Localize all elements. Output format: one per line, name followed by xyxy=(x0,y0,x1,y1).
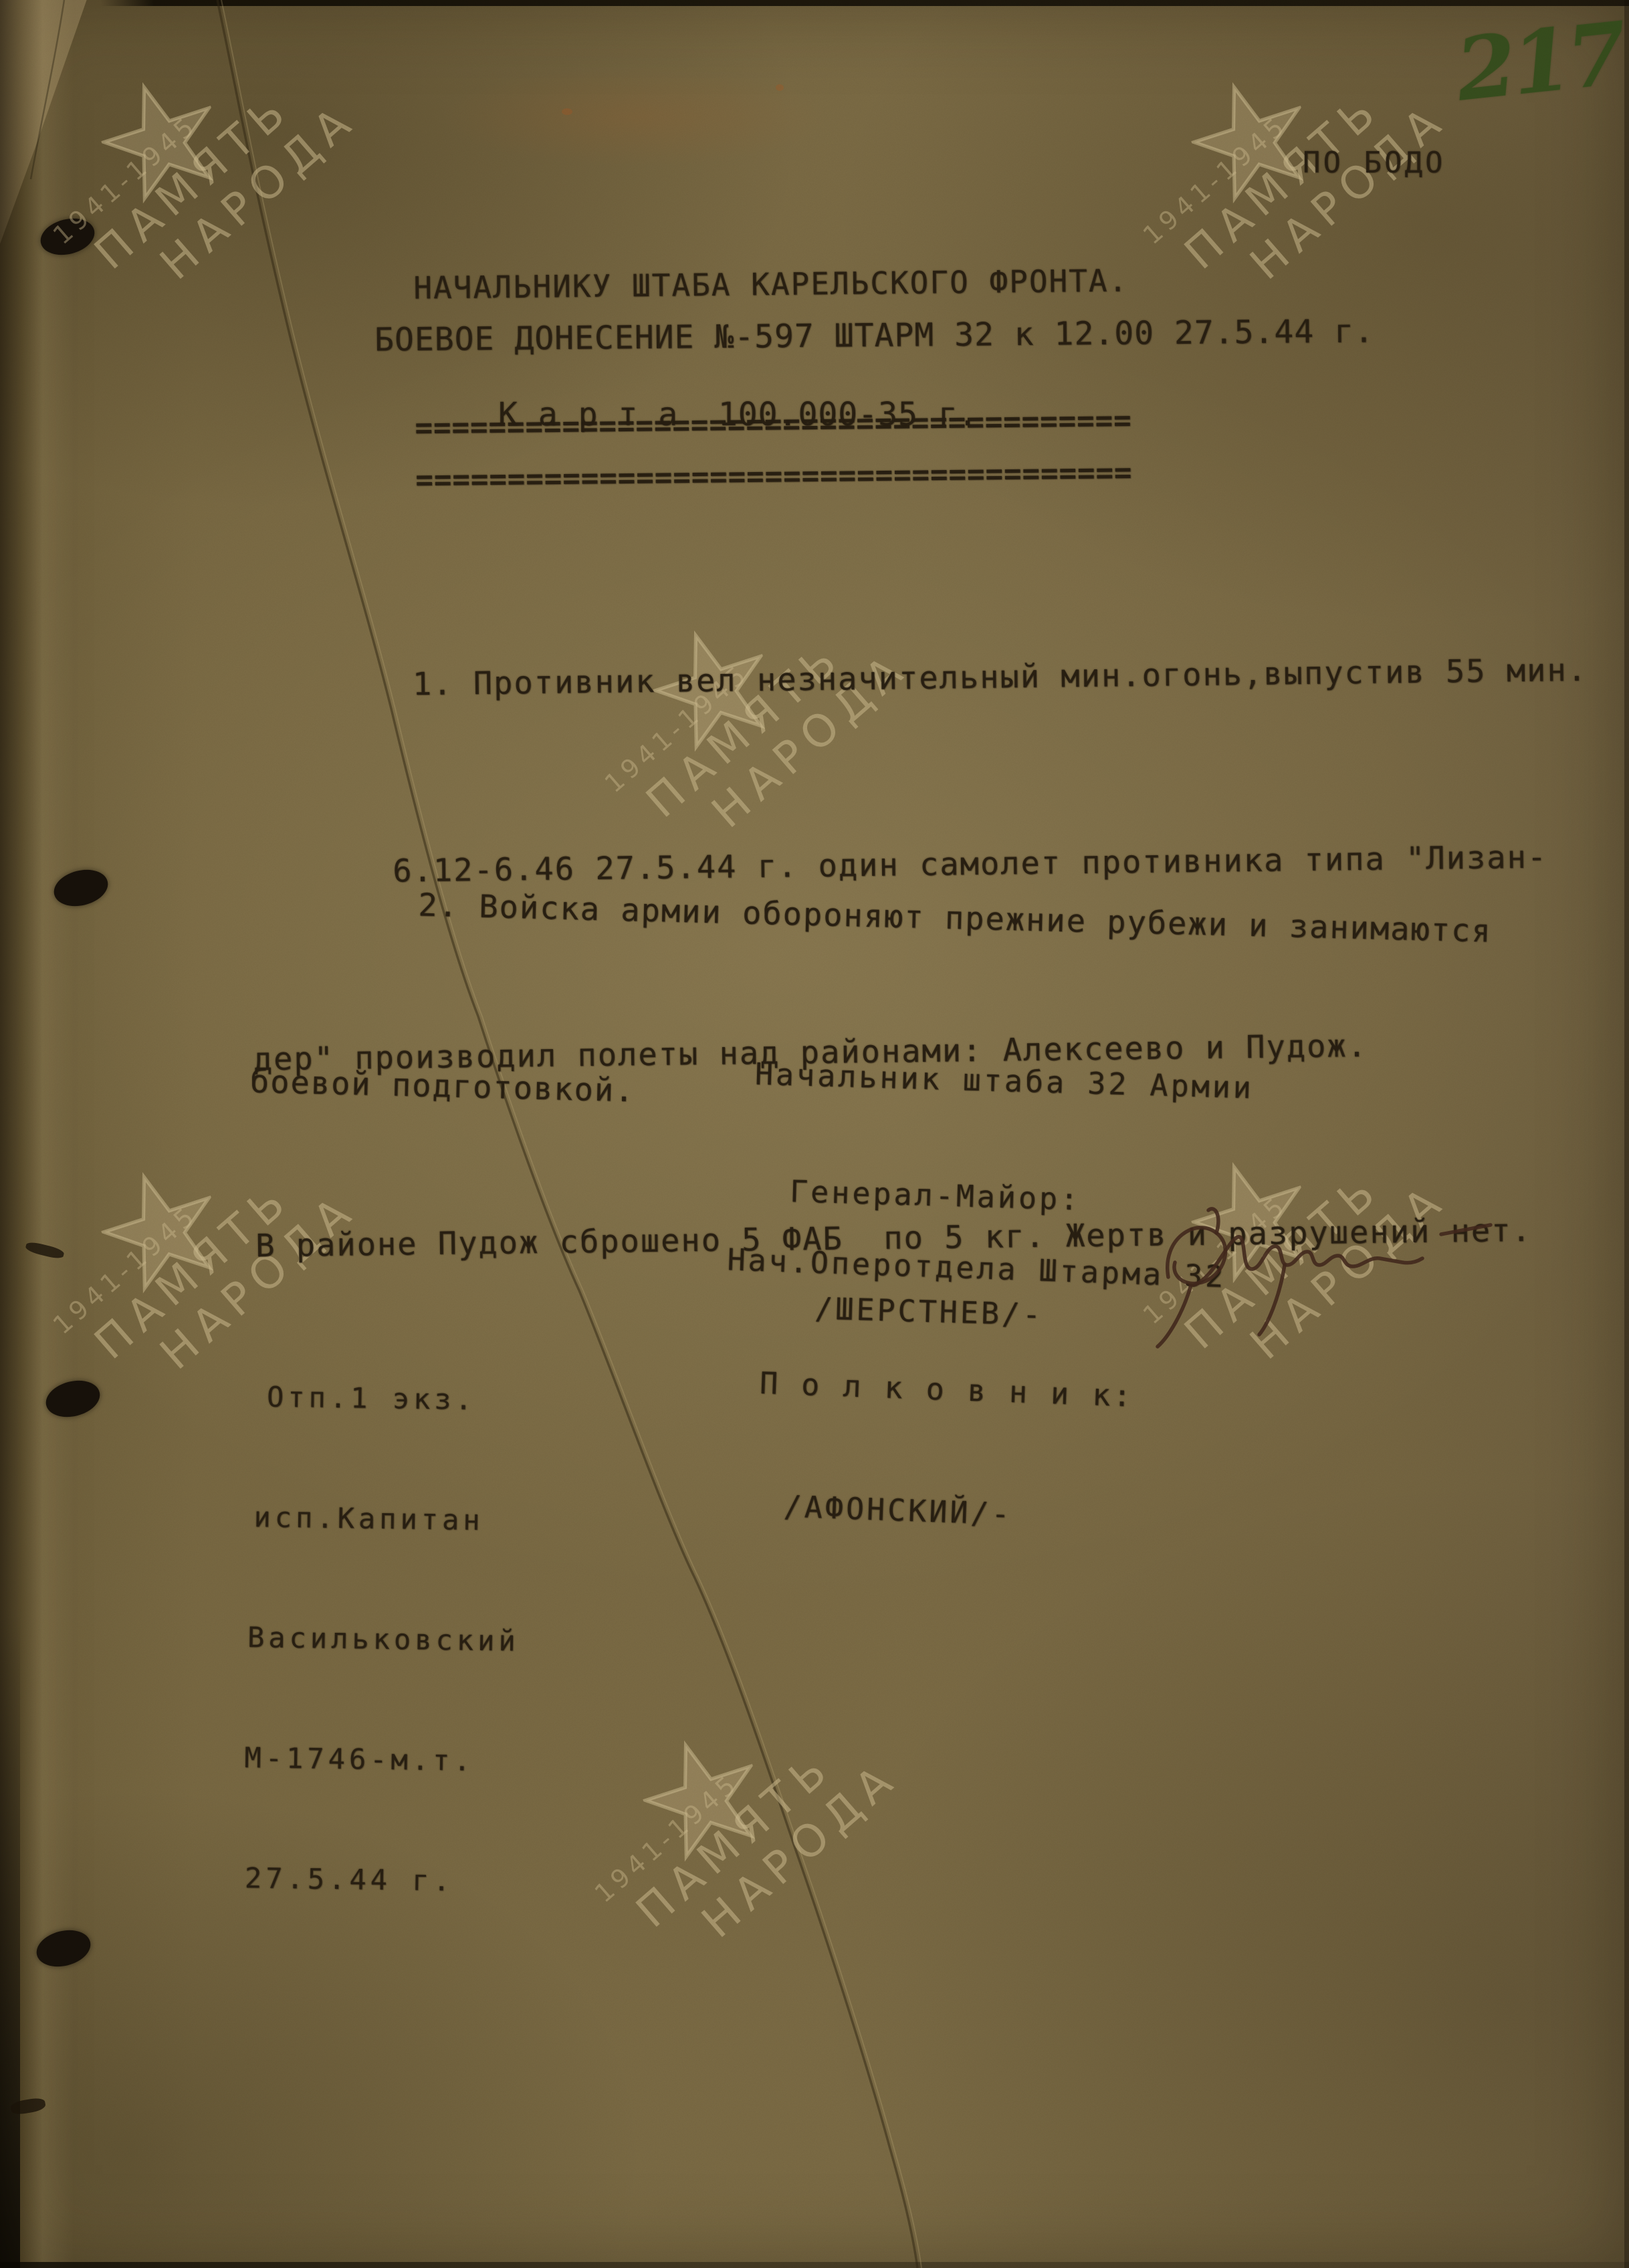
paper-grain-texture xyxy=(0,0,1629,2268)
scanned-document-page: 1941-1945ПАМЯТЬНАРОДА 1941-1945ПАМЯТЬНАР… xyxy=(0,0,1629,2268)
